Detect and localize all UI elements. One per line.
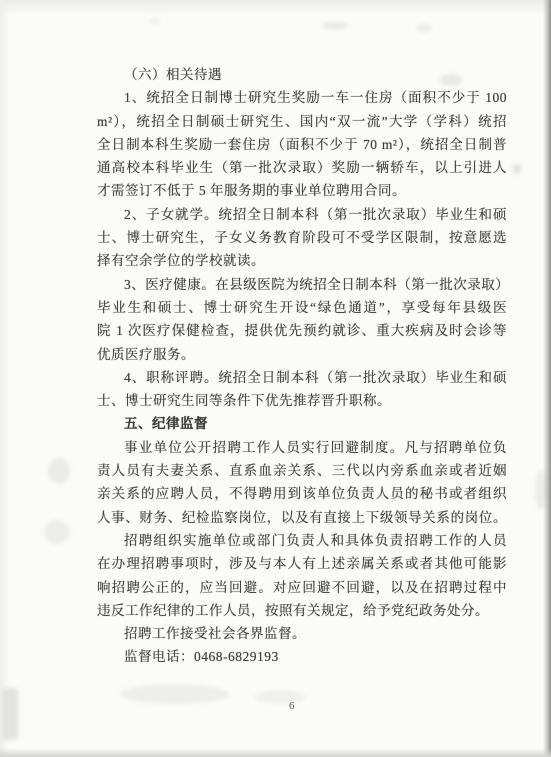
document-line: 招聘组织实施单位或部门负责人和具体负责招聘工作的人员 [97,529,507,552]
scan-smudge [48,458,70,484]
document-line: （六）相关待遇 [97,63,507,86]
document-line: 院 1 次医疗保健检查，提供优先预约就诊、重大疾病及时会诊等 [97,319,507,342]
document-line: 1、统招全日制博士研究生奖励一车一住房（面积不少于 100 [97,86,507,109]
document-line: 优质医疗服务。 [97,343,507,366]
scan-smudge [44,520,70,544]
scan-edge-bottom [0,748,551,757]
document-line: 招聘工作接受社会各界监督。 [97,622,507,645]
document-line: 毕业生和硕士、博士研究生开设“绿色通道”，享受每年县级医 [97,296,507,319]
document-line: 士、博士研究生同等条件下优先推荐晋升职称。 [97,389,507,412]
document-line: 响招聘公正的，应当回避。对应回避不回避，以及在招聘过程中 [97,576,507,599]
document-line: 亲关系的应聘人员，不得聘用到该单位负责人员的秘书或者组织 [97,482,507,505]
scan-smudge [416,24,432,32]
scanned-document-page: （六）相关待遇1、统招全日制博士研究生奖励一车一住房（面积不少于 100m²），… [0,0,551,757]
document-line: 才需签订不低于 5 年服务期的事业单位聘用合同。 [97,179,507,202]
page-number: 6 [289,700,295,712]
document-line: 五、纪律监督 [97,412,507,435]
document-line: 4、职称评聘。统招全日制本科（第一批次录取）毕业生和硕 [97,366,507,389]
scan-smudge [322,22,348,29]
scan-smudge [512,164,522,174]
document-line: 全日制本科生奖励一套住房（面积不少于 70 m²），统招全日制普 [97,133,507,156]
scan-edge-left [0,0,9,757]
document-line: m²），统招全日制硕士研究生、国内“双一流”大学（学科）统招 [97,110,507,133]
scan-edge-right [543,0,551,757]
document-line: 违反工作纪律的工作人员，按照有关规定，给予党纪政务处分。 [97,599,507,622]
scan-smudge [255,690,305,704]
document-line: 人事、财务、纪检监察岗位，以及有直接上下级领导关系的岗位。 [97,506,507,529]
document-line: 监督电话：0468-6829193 [97,645,507,668]
document-line: 责人员有夫妻关系、直系血亲关系、三代以内旁系血亲或者近姻 [97,459,507,482]
document-line: 在办理招聘事项时，涉及与本人有上述亲属关系或者其他可能影 [97,552,507,575]
document-line: 事业单位公开招聘工作人员实行回避制度。凡与招聘单位负 [97,436,507,459]
scan-smudge [150,18,160,24]
scan-smudge [120,684,230,704]
document-line: 士、博士研究生，子女义务教育阶段可不受学区限制，按意愿选 [97,226,507,249]
scan-edge-top [0,0,551,16]
document-text: （六）相关待遇1、统招全日制博士研究生奖励一车一住房（面积不少于 100m²），… [97,63,507,669]
document-line: 择有空余学位的学校就读。 [97,249,507,272]
document-line: 3、医疗健康。在县级医院为统招全日制本科（第一批次录取） [97,273,507,296]
document-line: 通高校本科毕业生（第一批次录取）奖励一辆轿车，以上引进人 [97,156,507,179]
document-line: 2、子女就学。统招全日制本科（第一批次录取）毕业生和硕 [97,203,507,226]
